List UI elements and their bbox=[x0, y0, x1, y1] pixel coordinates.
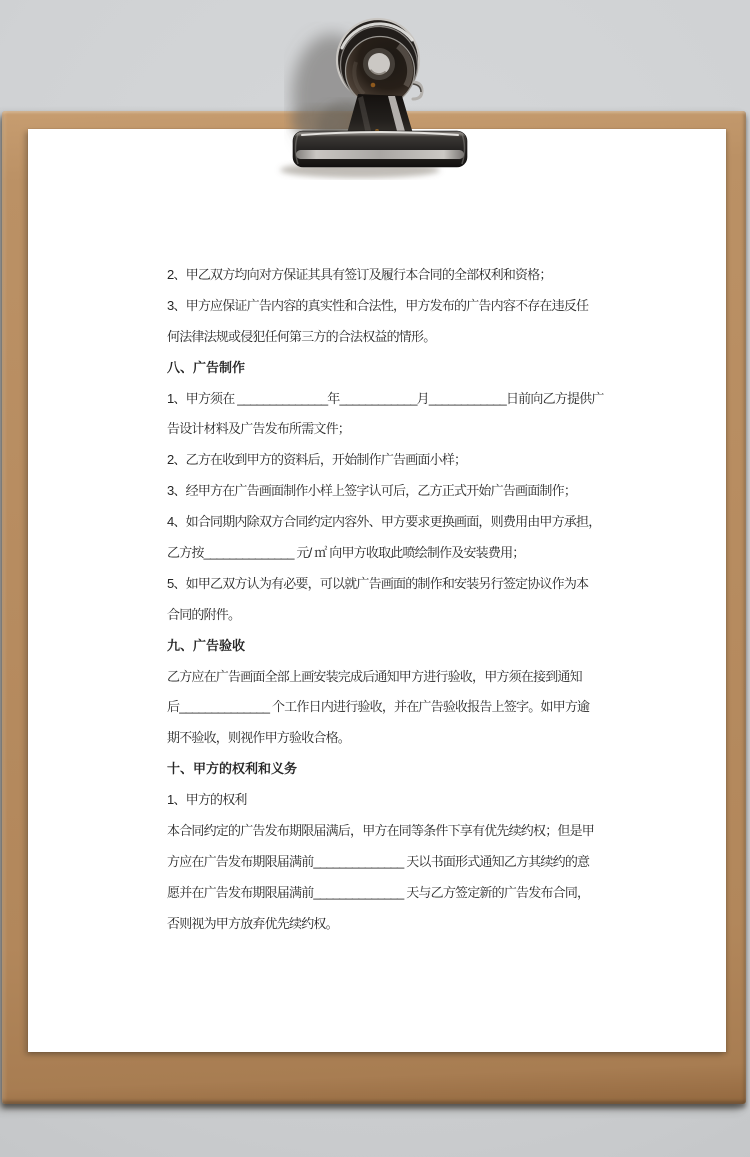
document-line: 八、广告制作 bbox=[167, 353, 597, 384]
clip-amber-reflection-dot bbox=[371, 83, 376, 88]
document-line: 5、如甲乙双方认为有必要，可以就广告画面的制作和安装另行签定协议作为本 bbox=[167, 569, 597, 600]
document-text: 2、甲乙双方均向对方保证其具有签订及履行本合同的全部权利和资格；3、甲方应保证广… bbox=[167, 260, 597, 940]
document-line: 4、如合同期内除双方合同约定内容外、甲方要求更换画面，则费用由甲方承担， bbox=[167, 507, 597, 538]
document-line: 乙方应在广告画面全部上画安装完成后通知甲方进行验收，甲方须在接到通知 bbox=[167, 662, 597, 693]
document-line: 否则视为甲方放弃优先续约权。 bbox=[167, 909, 597, 940]
document-line: 本合同约定的广告发布期限届满后，甲方在同等条件下享有优先续约权；但是甲 bbox=[167, 816, 597, 847]
clip-jaw bbox=[293, 131, 467, 167]
document-line: 合同的附件。 bbox=[167, 600, 597, 631]
document-line: 2、乙方在收到甲方的资料后，开始制作广告画面小样； bbox=[167, 445, 597, 476]
document-line: 十、甲方的权利和义务 bbox=[167, 754, 597, 785]
document-line: 愿并在广告发布期限届满前______________ 天与乙方签定新的广告发布合… bbox=[167, 878, 597, 909]
document-line: 乙方按______________ 元/ ㎡ 向甲方收取此喷绘制作及安装费用； bbox=[167, 538, 597, 569]
document-line: 2、甲乙双方均向对方保证其具有签订及履行本合同的全部权利和资格； bbox=[167, 260, 597, 291]
document-line: 告设计材料及广告发布所需文件； bbox=[167, 414, 597, 445]
clip-jaw-light-band bbox=[296, 150, 464, 159]
document-line: 期不验收，则视作甲方验收合格。 bbox=[167, 723, 597, 754]
document-line: 1、甲方须在 ______________年____________月_____… bbox=[167, 384, 597, 415]
document-line: 何法律法规或侵犯任何第三方的合法权益的情形。 bbox=[167, 322, 597, 353]
document-line: 3、经甲方在广告画面制作小样上签字认可后，乙方正式开始广告画面制作； bbox=[167, 476, 597, 507]
binder-clip-icon bbox=[260, 4, 500, 180]
document-line: 九、广告验收 bbox=[167, 631, 597, 662]
document-line: 方应在广告发布期限届满前______________ 天以书面形式通知乙方其续约… bbox=[167, 847, 597, 878]
document-line: 后______________ 个工作日内进行验收，并在广告验收报告上签字。如甲… bbox=[167, 692, 597, 723]
document-line: 3、甲方应保证广告内容的真实性和合法性，甲方发布的广告内容不存在违反任 bbox=[167, 291, 597, 322]
document-line: 1、甲方的权利 bbox=[167, 785, 597, 816]
